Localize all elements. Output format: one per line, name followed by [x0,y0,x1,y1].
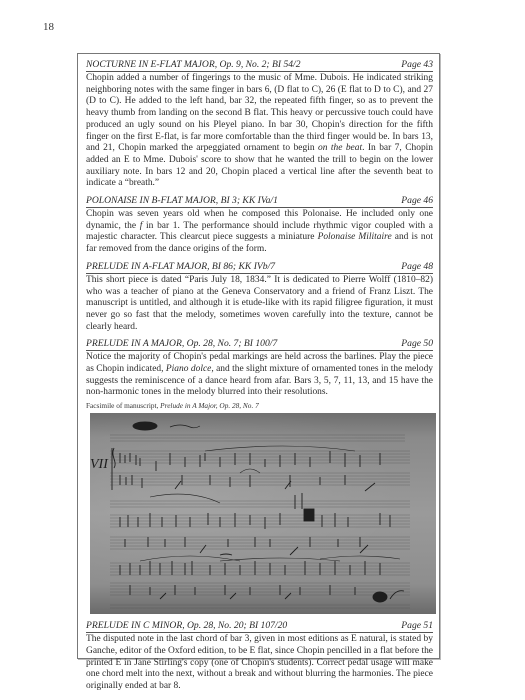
section-nocturne-e-flat: NOCTURNE IN E-FLAT MAJOR, Op. 9, No. 2; … [86,56,433,190]
section-prelude-c-minor: PRELUDE IN C MINOR, Op. 28, No. 20; BI 1… [86,617,433,693]
page-number: 18 [43,21,54,33]
piece-title: PRELUDE IN A-FLAT MAJOR [86,261,207,272]
svg-text:VII: VII [90,457,109,472]
manuscript-facsimile-image: VII [90,413,436,614]
section-body: Notice the majority of Chopin's pedal ma… [86,352,433,399]
section-title: PRELUDE IN A-FLAT MAJOR, BI 86; KK IVb/7 [86,261,275,272]
section-body: Chopin added a number of fingerings to t… [86,73,433,190]
manuscript-drawing: VII [90,413,436,614]
body-emphasis: on the beat [318,143,362,153]
catalog-number: , Op. 28, No. 20; BI 107/20 [182,620,287,631]
section-title: POLONAISE IN B-FLAT MAJOR, BI 3; KK IVa/… [86,195,278,206]
section-header: NOCTURNE IN E-FLAT MAJOR, Op. 9, No. 2; … [86,56,433,72]
section-header: POLONAISE IN B-FLAT MAJOR, BI 3; KK IVa/… [86,192,433,208]
page-reference: Page 43 [401,59,433,70]
section-title: PRELUDE IN A MAJOR, Op. 28, No. 7; BI 10… [86,338,277,349]
page-reference: Page 50 [401,338,433,349]
catalog-number: , BI 86; KK IVb/7 [207,261,275,272]
catalog-number: , Op. 9, No. 2; BI 54/2 [215,59,301,70]
piece-title: NOCTURNE IN E-FLAT MAJOR [86,59,215,70]
catalog-number: , Op. 28, No. 7; BI 100/7 [182,338,277,349]
piece-title: PRELUDE IN A MAJOR [86,338,182,349]
body-emphasis: Piano dolce [166,364,211,374]
page-reference: Page 51 [401,620,433,631]
section-polonaise-b-flat: POLONAISE IN B-FLAT MAJOR, BI 3; KK IVa/… [86,192,433,256]
piece-title: PRELUDE IN C MINOR [86,620,182,631]
figure-caption: Facsimile of manuscript, Prelude in A Ma… [86,401,433,411]
body-text: Chopin added a number of fingerings to t… [86,73,433,153]
section-prelude-a-flat: PRELUDE IN A-FLAT MAJOR, BI 86; KK IVb/7… [86,258,433,334]
section-body: Chopin was seven years old when he compo… [86,209,433,256]
section-body: The disputed note in the last chord of b… [86,634,433,693]
piece-title: POLONAISE IN B-FLAT MAJOR [86,195,216,206]
section-body: This short piece is dated “Paris July 18… [86,275,433,334]
caption-title: Prelude in A Major, Op. 28, No. 7 [160,401,259,410]
page-reference: Page 46 [401,195,433,206]
body-emphasis: Polonaise Militaire [318,232,392,242]
notes-box: NOCTURNE IN E-FLAT MAJOR, Op. 9, No. 2; … [77,53,440,659]
section-prelude-a-major: PRELUDE IN A MAJOR, Op. 28, No. 7; BI 10… [86,335,433,614]
section-header: PRELUDE IN C MINOR, Op. 28, No. 20; BI 1… [86,617,433,633]
section-header: PRELUDE IN A-FLAT MAJOR, BI 86; KK IVb/7… [86,258,433,274]
page-reference: Page 48 [401,261,433,272]
section-title: NOCTURNE IN E-FLAT MAJOR, Op. 9, No. 2; … [86,59,301,70]
section-title: PRELUDE IN C MINOR, Op. 28, No. 20; BI 1… [86,620,287,631]
catalog-number: , BI 3; KK IVa/1 [216,195,278,206]
section-header: PRELUDE IN A MAJOR, Op. 28, No. 7; BI 10… [86,335,433,351]
caption-text: Facsimile of manuscript, [86,401,160,410]
